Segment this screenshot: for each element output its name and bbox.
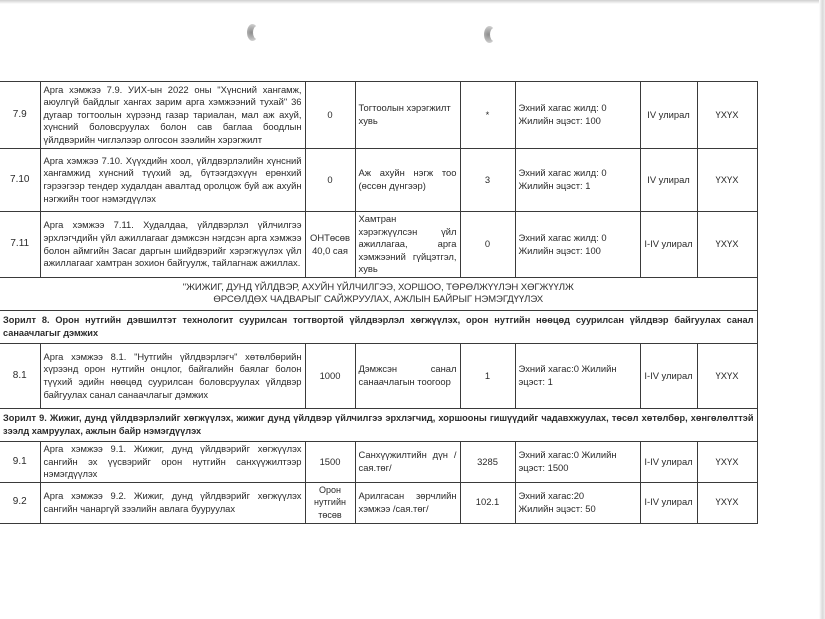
period-cell: I-IV улирал — [640, 442, 697, 483]
target-cell: Эхний хагас жилд: 0 Жилийн эцэст: 100 — [515, 82, 640, 149]
target-year-end: Жилийн эцэст: 100 — [519, 245, 637, 258]
period-cell: IV улирал — [640, 82, 697, 149]
period-cell: I-IV улирал — [640, 212, 697, 278]
baseline-cell: 1 — [460, 344, 515, 409]
budget-cell: 0 — [305, 149, 355, 212]
table-row-8-1: 8.1 Арга хэмжээ 8.1. "Нутгийн үйлдвэрлэг… — [0, 344, 757, 409]
indicator-cell: Хамтран хэрэгжүүлсэн үйл ажиллагаа, арга… — [355, 212, 460, 278]
page-edge — [819, 0, 825, 619]
section-banner-line-1: "ЖИЖИГ, ДУНД ҮЙЛДВЭР, АХУЙН ҮЙЛЧИЛГЭЭ, Х… — [3, 282, 754, 295]
row-number: 8.1 — [0, 344, 40, 409]
punch-hole-right — [484, 26, 495, 43]
target-half-year: Эхний хагас:20 — [519, 490, 637, 503]
row-number: 9.2 — [0, 482, 40, 523]
budget-cell: 1500 — [305, 442, 355, 483]
target-cell: Эхний хагас:0 Жилийн эцэст: 1500 — [515, 442, 640, 483]
baseline-cell: 3285 — [460, 442, 515, 483]
responsible-cell: ҮХҮХ — [697, 149, 757, 212]
goal-9-heading: Зорилт 9. Жижиг, дунд үйлдвэрлэлийг хөгж… — [0, 409, 757, 442]
target-cell: Эхний хагас:20 Жилийн эцэст: 50 — [515, 482, 640, 523]
indicator-cell: Санхүүжилтийн дүн /сая.төг/ — [355, 442, 460, 483]
measure-text: Арга хэмжээ 8.1. "Нутгийн үйлдвэрлэгч" х… — [40, 344, 305, 409]
table-row-7-11: 7.11 Арга хэмжээ 7.11. Худалдаа, үйлдвэр… — [0, 212, 757, 278]
section-banner: "ЖИЖИГ, ДУНД ҮЙЛДВЭР, АХУЙН ҮЙЛЧИЛГЭЭ, Х… — [0, 278, 757, 311]
target-half-year: Эхний хагас жилд: 0 — [519, 232, 637, 245]
period-cell: IV улирал — [640, 149, 697, 212]
section-banner-row: "ЖИЖИГ, ДУНД ҮЙЛДВЭР, АХУЙН ҮЙЛЧИЛГЭЭ, Х… — [0, 278, 757, 311]
indicator-cell: Дэмжсэн санал санаачлагын тоогоор — [355, 344, 460, 409]
budget-cell: Орон нутгийн төсөв — [305, 482, 355, 523]
budget-cell: ОНТөсөв 40,0 сая — [305, 212, 355, 278]
goal-8-row: Зорилт 8. Орон нутгийн дэвшилтэт техноло… — [0, 311, 757, 344]
target-year-end: Жилийн эцэст: 1 — [519, 180, 637, 193]
indicator-cell: Арилгасан зөрчлийн хэмжээ /сая.төг/ — [355, 482, 460, 523]
period-cell: I-IV улирал — [640, 482, 697, 523]
row-number: 7.11 — [0, 212, 40, 278]
punch-hole-left — [247, 24, 258, 41]
target-year-end: Жилийн эцэст: 50 — [519, 503, 637, 516]
scan-top-shadow — [0, 0, 825, 4]
budget-cell: 1000 — [305, 344, 355, 409]
indicator-cell: Аж ахуйн нэгж тоо (өссөн дүнгээр) — [355, 149, 460, 212]
table-row-9-1: 9.1 Арга хэмжээ 9.1. Жижиг, дунд үйлдвэр… — [0, 442, 757, 483]
table-row-7-10: 7.10 Арга хэмжээ 7.10. Хүүхдийн хоол, үй… — [0, 149, 757, 212]
responsible-cell: ҮХҮХ — [697, 344, 757, 409]
target-year-end: эцэст: 1500 — [519, 462, 637, 475]
indicator-cell: Тогтоолын хэрэгжилт хувь — [355, 82, 460, 149]
baseline-cell: 0 — [460, 212, 515, 278]
baseline-cell: 102.1 — [460, 482, 515, 523]
budget-cell: 0 — [305, 82, 355, 149]
table-row-7-9: 7.9 Арга хэмжээ 7.9. УИХ-ын 2022 оны "Хү… — [0, 82, 757, 149]
responsible-cell: ҮХҮХ — [697, 442, 757, 483]
measure-text: Арга хэмжээ 7.9. УИХ-ын 2022 оны "Хүнсни… — [40, 82, 305, 149]
row-number: 9.1 — [0, 442, 40, 483]
measure-text: Арга хэмжээ 7.10. Хүүхдийн хоол, үйлдвэр… — [40, 149, 305, 212]
target-half-year: Эхний хагас:0 Жилийн — [519, 449, 637, 462]
responsible-cell: ҮХҮХ — [697, 82, 757, 149]
table-row-9-2: 9.2 Арга хэмжээ 9.2. Жижиг, дунд үйлдвэр… — [0, 482, 757, 523]
row-number: 7.10 — [0, 149, 40, 212]
responsible-cell: ҮХҮХ — [697, 482, 757, 523]
target-half-year: Эхний хагас жилд: 0 — [519, 167, 637, 180]
measure-text: Арга хэмжээ 9.1. Жижиг, дунд үйлдвэрийг … — [40, 442, 305, 483]
target-year-end: Жилийн эцэст: 100 — [519, 115, 637, 128]
goal-9-row: Зорилт 9. Жижиг, дунд үйлдвэрлэлийг хөгж… — [0, 409, 757, 442]
row-number: 7.9 — [0, 82, 40, 149]
baseline-cell: 3 — [460, 149, 515, 212]
target-cell: Эхний хагас:0 Жилийн эцэст: 1 — [515, 344, 640, 409]
target-year-end: эцэст: 1 — [519, 376, 637, 389]
goal-8-heading: Зорилт 8. Орон нутгийн дэвшилтэт техноло… — [0, 311, 757, 344]
measure-text: Арга хэмжээ 7.11. Худалдаа, үйлдвэрлэл ү… — [40, 212, 305, 278]
target-cell: Эхний хагас жилд: 0 Жилийн эцэст: 1 — [515, 149, 640, 212]
target-half-year: Эхний хагас жилд: 0 — [519, 102, 637, 115]
baseline-cell: * — [460, 82, 515, 149]
target-half-year: Эхний хагас:0 Жилийн — [519, 363, 637, 376]
section-banner-line-2: ӨРСӨЛДӨХ ЧАДВАРЫГ САЙЖРУУЛАХ, АЖЛЫН БАЙР… — [3, 294, 754, 307]
target-cell: Эхний хагас жилд: 0 Жилийн эцэст: 100 — [515, 212, 640, 278]
action-plan-table: 7.9 Арга хэмжээ 7.9. УИХ-ын 2022 оны "Хү… — [0, 81, 758, 524]
measure-text: Арга хэмжээ 9.2. Жижиг, дунд үйлдвэрийг … — [40, 482, 305, 523]
period-cell: I-IV улирал — [640, 344, 697, 409]
responsible-cell: ҮХҮХ — [697, 212, 757, 278]
